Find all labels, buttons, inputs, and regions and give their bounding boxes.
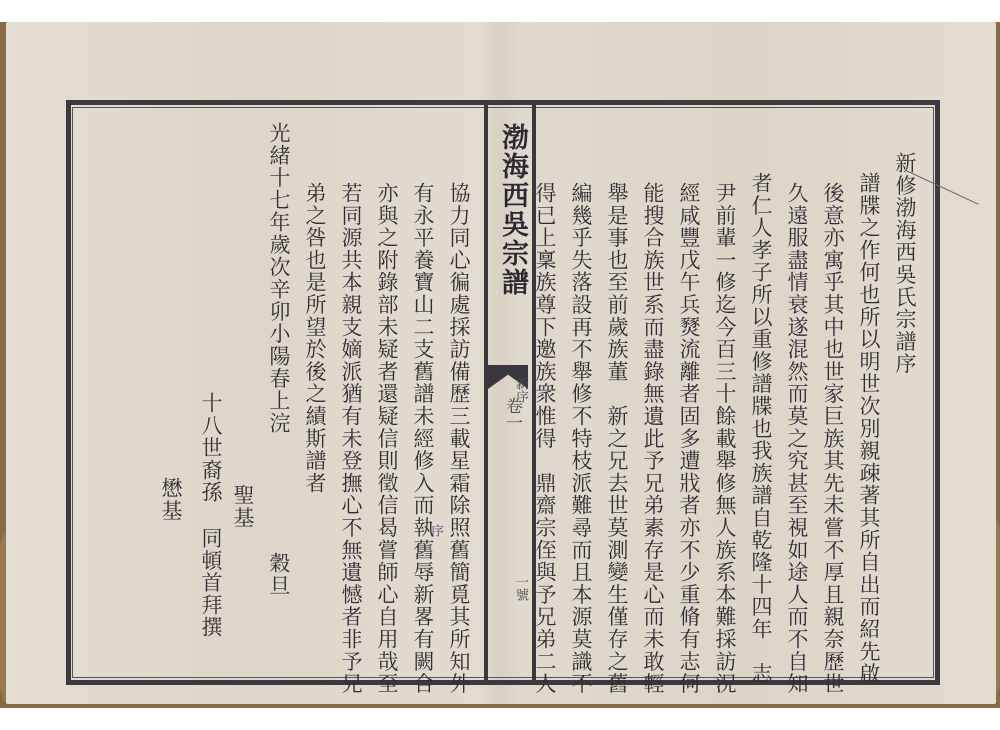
date-column: 光緒十七年歲次辛卯小陽春上浣 [266,122,292,434]
text-column: 者仁人孝子所以重修譜牒也我族譜自乾隆十四年 志 [748,172,774,685]
closing-phrase: 同頓首拜撰 [196,527,226,639]
text-column: 久遠服盡情衰遂混然而莫之究甚至視如途人而不自知 [784,182,810,695]
signer-name: 聖基 [228,484,258,529]
fold-line-left [484,105,488,680]
text-column: 舉是事也至前歲族董 新之兄去世莫測變生僅存之舊 [604,182,630,695]
section-label: 新序 [512,377,528,403]
signer-name: 穀旦 [264,552,294,597]
text-column: 編幾乎失落設再不舉修不特枝派難尋而且本源莫識不 [568,182,594,695]
signer-name: 懋基 [156,477,186,522]
preface-title: 新修渤海西吳氏宗譜序 [892,152,918,375]
text-column: 若同源共本親支嫡派猶有未登撫心不無遺憾者非予兄 [338,182,364,695]
text-column: 亦與之附錄部未疑者還疑信則徵信曷嘗師心自用哉至 [374,182,400,695]
text-column: 弟之咎也是所望於後之績斯譜者 [302,182,328,494]
generation-label: 十八世裔孫 [196,392,226,504]
scanned-sheet: 渤海西吳宗譜 卷一 新序 一號 新修渤海西吳氏宗譜序 譜牒之作何也所以明世次別親… [0,22,1000,708]
text-column: 後意亦寓乎其中也世家巨族其先未嘗不厚且親奈歷世 [820,182,846,695]
text-column: 有永平養寶山二支舊譜未經修入而執舊辱新畧有闕合 [410,182,436,695]
text-column: 譜牒之作何也所以明世次別親疎著其所自出而紹先啟 [856,172,882,685]
text-column: 經咸豐戊午兵燹流離者固多遭戕者亦不少重脩有志何 [676,182,702,695]
handwritten-annotation: 序 [427,524,443,537]
text-column: 協力同心徧處採訪備歷三載星霜除照舊簡覓其所知外 [446,182,472,695]
text-column: 得已上稟族尊下邀族衆惟得 鼎齋宗侄與予兄弟二人 [532,182,558,695]
page-number: 一號 [512,575,528,601]
text-column: 尹前輩一修迄今百三十餘載舉修無人族系本難採訪況 [712,182,738,695]
text-column: 能搜合族世系而盡錄無遺此予兄弟素存是心而未敢輕 [640,182,666,695]
paper: 渤海西吳宗譜 卷一 新序 一號 新修渤海西吳氏宗譜序 譜牒之作何也所以明世次別親… [6,22,996,704]
book-title: 渤海西吳宗譜 [494,123,530,297]
